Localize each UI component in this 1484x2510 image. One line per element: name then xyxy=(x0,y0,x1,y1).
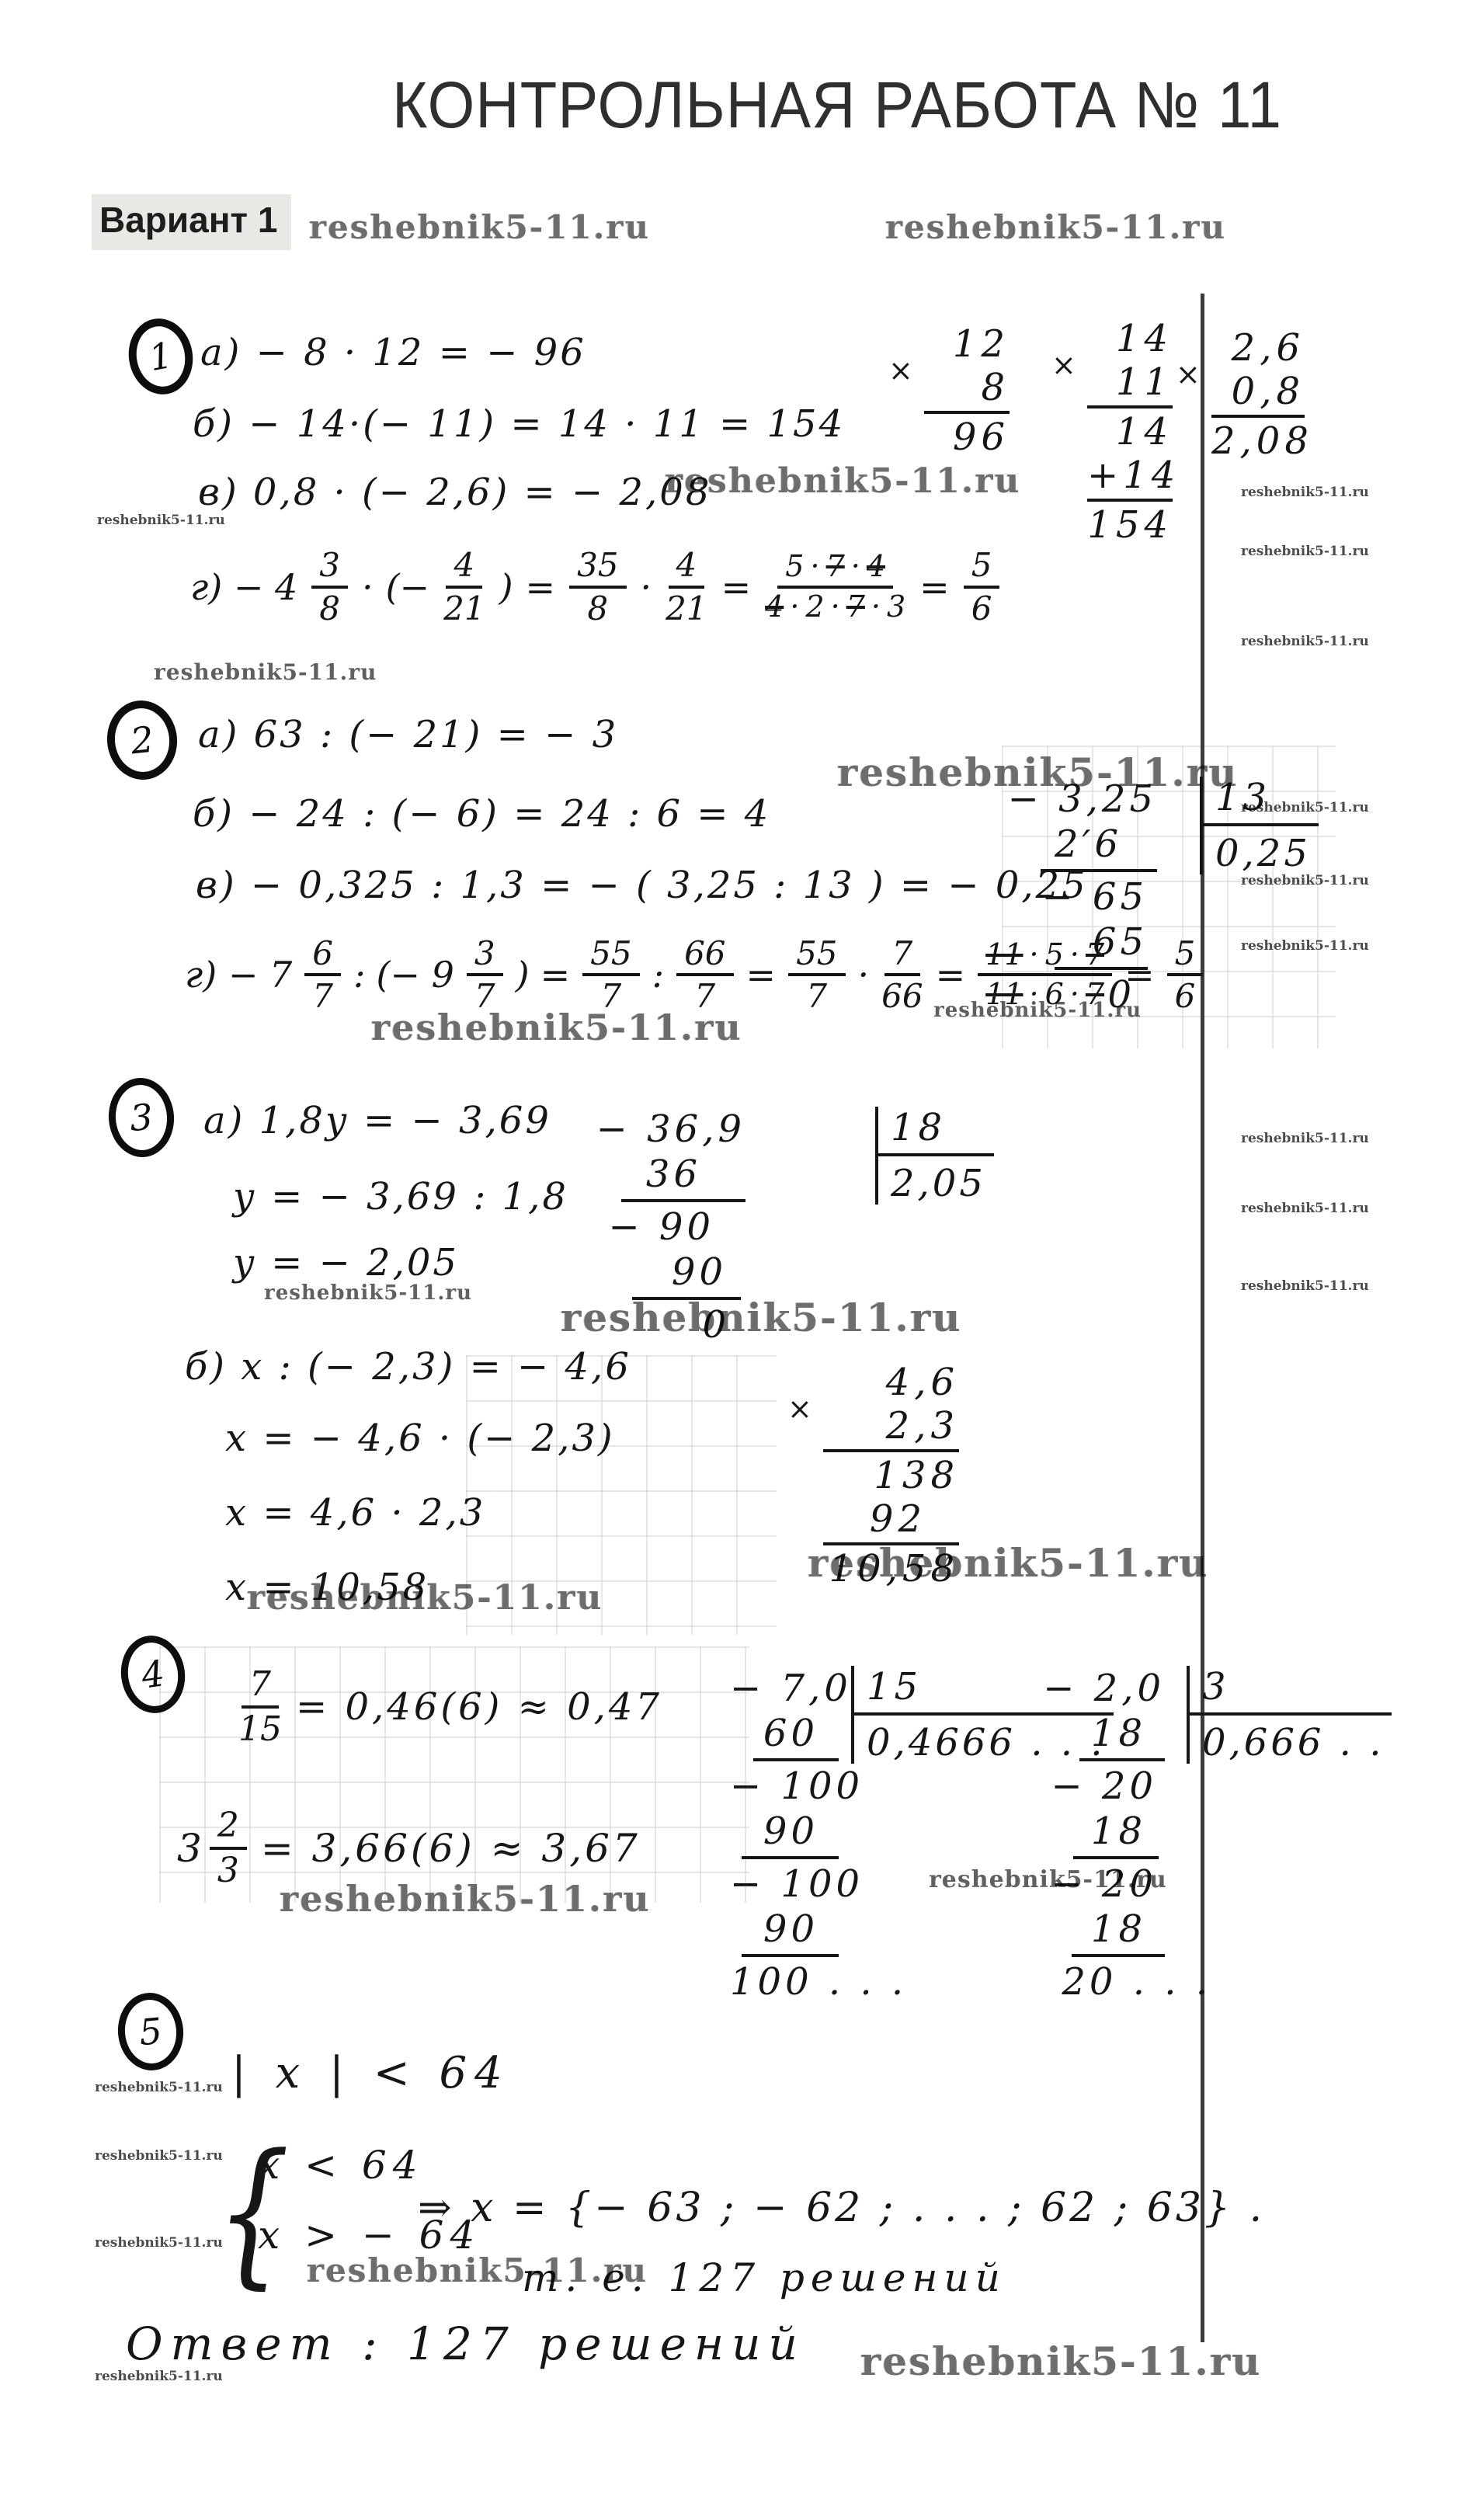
fraction-numerator: 35 xyxy=(569,548,626,588)
watermark-stamp: reshebnik5-11.ru xyxy=(309,211,650,244)
watermark-stamp: reshebnik5-11.ru xyxy=(1241,801,1369,815)
factor-row: 0,8 xyxy=(1211,370,1305,413)
partial-product: 138 xyxy=(823,1454,959,1497)
result-row: 96 xyxy=(924,415,1010,459)
watermark-stamp: reshebnik5-11.ru xyxy=(1241,486,1369,499)
watermark-stamp: reshebnik5-11.ru xyxy=(264,1283,472,1303)
answer-line: Ответ : 127 решений xyxy=(126,2317,805,2372)
fraction-denominator: 3 xyxy=(217,1850,239,1889)
watermark-stamp: reshebnik5-11.ru xyxy=(371,1010,742,1045)
fraction-numerator: 6 xyxy=(304,936,341,976)
partial-product: 92 xyxy=(823,1497,959,1541)
page-title: КОНТРОЛЬНАЯ РАБОТА № 11 xyxy=(325,67,1350,143)
watermark-stamp: reshebnik5-11.ru xyxy=(1241,940,1369,953)
close-paren: ) xyxy=(516,954,530,996)
long-division: − 2,0 18 − 20 18 − 20 18 20 . . . 3 0,66… xyxy=(1010,1666,1392,2004)
p2-line-b: б) − 24 : (− 6) = 24 : 6 = 4 xyxy=(193,792,770,837)
divisor-box: 3 0,666 . . xyxy=(1187,1666,1392,1764)
cancelled-factor: 7 xyxy=(826,551,845,582)
colon-operator: : xyxy=(652,954,665,996)
fraction: 6 7 xyxy=(304,936,341,1014)
fraction: 7 15 xyxy=(238,1666,282,1747)
p3-line-b2: х = − 4,6 · (− 2,3) xyxy=(225,1417,615,1462)
fraction-denominator: 15 xyxy=(238,1709,282,1748)
watermark-stamp: reshebnik5-11.ru xyxy=(154,662,377,683)
fraction: 35 8 xyxy=(569,548,626,626)
fraction-numerator: 5 · 7 · 4 xyxy=(777,551,893,588)
watermark-stamp: reshebnik5-11.ru xyxy=(1241,874,1369,888)
factor: 2 xyxy=(805,591,824,623)
problem-3-number: 3 xyxy=(129,1096,155,1139)
result-row: 2,08 xyxy=(1211,419,1288,463)
close-paren: ) xyxy=(499,566,513,608)
step-line xyxy=(753,1758,839,1761)
multiply-icon: × xyxy=(787,1392,812,1426)
fraction-denominator: 7 xyxy=(312,976,333,1013)
multiply-icon: × xyxy=(1176,357,1201,391)
problem-2-number: 2 xyxy=(129,718,156,763)
dot-operator: · xyxy=(790,591,799,623)
step-line xyxy=(621,1199,745,1202)
problem-3-badge: 3 xyxy=(106,1076,177,1159)
quotient: 0,25 xyxy=(1203,826,1319,874)
watermark-stamp: reshebnik5-11.ru xyxy=(885,211,1226,244)
fraction-numerator: 55 xyxy=(582,936,639,976)
dot-operator: · xyxy=(362,566,374,608)
step: 60 xyxy=(730,1711,839,1756)
fraction-numerator: 7 xyxy=(884,936,921,976)
p2-line-a: а) 63 : (− 21) = − 3 xyxy=(198,713,618,758)
quotient: 0,666 . . xyxy=(1190,1716,1392,1764)
step: − 100 xyxy=(730,1764,839,1809)
factor-row: 8 xyxy=(924,366,1010,409)
whole-number: 3 xyxy=(177,1826,202,1871)
p1-line-a: а) − 8 · 12 = − 96 xyxy=(200,331,586,376)
watermark-stamp: reshebnik5-11.ru xyxy=(1241,1132,1369,1145)
fraction: 4 21 xyxy=(443,548,485,626)
step: − 65 xyxy=(1006,874,1157,920)
step: 2′6 xyxy=(1006,822,1157,867)
dot-operator: · xyxy=(851,551,860,582)
divisor: 3 xyxy=(1190,1666,1392,1716)
fraction-numerator: 3 xyxy=(467,936,503,976)
colon-operator: : xyxy=(353,954,366,996)
step: 90 xyxy=(730,1907,839,1952)
fraction-numerator: 2 xyxy=(210,1807,247,1850)
dividend: − 7,0 xyxy=(730,1666,839,1711)
column-multiplication: × 12 8 96 xyxy=(924,322,1010,459)
p2-g-lead: г) − 7 xyxy=(185,954,292,996)
fraction-numerator: 3 xyxy=(311,548,348,588)
remainder: 20 . . . xyxy=(1010,1959,1211,2004)
fraction-denominator: 7 xyxy=(806,976,827,1013)
fraction-denominator: 4 · 2 · 7 · 3 xyxy=(765,589,905,623)
result-row: 154 xyxy=(1087,503,1173,547)
sum-line xyxy=(924,411,1010,414)
step: − 20 xyxy=(1010,1764,1165,1809)
watermark-stamp: reshebnik5-11.ru xyxy=(860,2342,1262,2381)
fraction-numerator: 7 xyxy=(242,1666,279,1709)
problem-2-badge: 2 xyxy=(103,697,181,784)
p1-line-v: в) 0,8 · (− 2,6) = − 2,08 xyxy=(198,471,711,516)
fraction-numerator: 4 xyxy=(669,548,705,588)
dot-operator: · xyxy=(831,591,840,623)
fraction: 3 7 xyxy=(467,936,503,1014)
open-paren: (− 9 xyxy=(376,954,454,996)
watermark-stamp: reshebnik5-11.ru xyxy=(95,2370,223,2383)
factor-row: 14 xyxy=(1087,317,1173,360)
fraction-numerator: 55 xyxy=(788,936,845,976)
p3-line-a1: а) 1,8у = − 3,69 xyxy=(203,1099,551,1144)
watermark-stamp: reshebnik5-11.ru xyxy=(97,514,225,527)
cancelled-factor: 4 xyxy=(867,551,885,582)
watermark-stamp: reshebnik5-11.ru xyxy=(1241,545,1369,558)
p5-conclusion: ⇒ х = {− 63 ; − 62 ; . . . ; 62 ; 63} . xyxy=(418,2184,1265,2232)
step: 18 xyxy=(1010,1809,1165,1854)
cancel-fraction: 5 · 7 · 4 4 · 2 · 7 · 3 xyxy=(765,551,905,622)
fraction-denominator: 21 xyxy=(443,589,485,626)
watermark-stamp: reshebnik5-11.ru xyxy=(1241,1280,1369,1293)
p5-system-row-1: х < 64 xyxy=(258,2142,424,2188)
equals-sign: = xyxy=(919,566,950,608)
equals-sign: = xyxy=(721,566,752,608)
divisor-box: 18 2,05 xyxy=(875,1107,994,1205)
division-steps: − 3,25 2′6 − 65 65 0 xyxy=(1006,777,1166,1017)
fraction: 2 3 xyxy=(210,1807,247,1889)
watermark-stamp: reshebnik5-11.ru xyxy=(307,2254,648,2287)
division-steps: − 2,0 18 − 20 18 − 20 18 20 . . . xyxy=(1010,1666,1174,2004)
p1-g-lead: г) − 4 xyxy=(190,566,297,608)
factor-row: 2,6 xyxy=(1211,326,1305,370)
fraction-numerator: 4 xyxy=(446,548,482,588)
watermark-stamp: reshebnik5-11.ru xyxy=(837,753,1239,792)
partial-product: +14 xyxy=(1087,454,1173,497)
fraction: 7 66 xyxy=(881,936,923,1014)
fraction-denominator: 8 xyxy=(587,589,608,626)
fraction-denominator: 6 xyxy=(971,589,992,626)
step: 90 xyxy=(575,1250,745,1295)
fraction: 66 7 xyxy=(676,936,733,1014)
sum-line xyxy=(1087,405,1173,408)
step-line xyxy=(742,1954,839,1957)
p3-line-a2: у = − 3,69 : 1,8 xyxy=(233,1175,568,1220)
sum-line xyxy=(1087,499,1173,502)
multiply-icon: × xyxy=(1051,348,1076,382)
factor: 3 xyxy=(887,591,905,623)
p1-line-g: г) − 4 3 8 · (− 4 21 ) = 35 8 · 4 21 = 5… xyxy=(190,534,1001,639)
step: 36 xyxy=(575,1152,745,1197)
worksheet-page: КОНТРОЛЬНАЯ РАБОТА № 11 Вариант 1 resheb… xyxy=(0,0,1484,2510)
watermark-stamp: reshebnik5-11.ru xyxy=(929,1869,1167,1892)
sum-line xyxy=(823,1449,959,1452)
fraction: 3 8 xyxy=(311,548,348,626)
problem-5-number: 5 xyxy=(137,2010,164,2053)
fraction-denominator: 8 xyxy=(319,589,340,626)
division-steps: − 7,0 60 − 100 90 − 100 90 100 . . . xyxy=(730,1666,846,2004)
multiply-icon: × xyxy=(888,353,913,388)
remainder: 100 . . . xyxy=(730,1959,905,2004)
watermark-stamp: reshebnik5-11.ru xyxy=(95,2237,223,2250)
step: 65 xyxy=(1006,920,1157,965)
open-paren: (− xyxy=(386,566,430,608)
fraction: 5 6 xyxy=(964,548,1000,626)
factor-row: 12 xyxy=(924,322,1010,366)
step-line xyxy=(1079,1758,1165,1761)
problem-4-number: 4 xyxy=(139,1652,168,1697)
dividend: − 36,9 xyxy=(575,1107,745,1152)
watermark-stamp: reshebnik5-11.ru xyxy=(280,1881,651,1917)
partial-product: 14 xyxy=(1087,410,1173,454)
watermark-stamp: reshebnik5-11.ru xyxy=(95,2081,223,2095)
column-multiplication: × 2,6 0,8 2,08 xyxy=(1211,326,1305,463)
fraction: 55 7 xyxy=(788,936,845,1014)
factor-row: 4,6 xyxy=(823,1361,959,1404)
problem-1-badge: 1 xyxy=(123,314,199,400)
step: 18 xyxy=(1010,1907,1165,1952)
p1-line-b: б) − 14·(− 11) = 14 · 11 = 154 xyxy=(193,402,845,447)
factor: 5 xyxy=(785,551,804,582)
dot-operator: · xyxy=(810,551,819,582)
factor-row: 11 xyxy=(1087,360,1173,404)
step-line xyxy=(1073,1856,1159,1859)
margin-rule xyxy=(1201,294,1204,2342)
p4-line-2-rest: = 3,66(6) ≈ 3,67 xyxy=(261,1826,641,1871)
cancelled-factor: 4 xyxy=(765,591,784,623)
problem-1-number: 1 xyxy=(146,334,176,379)
p4-line-1: 7 15 = 0,46(6) ≈ 0,47 xyxy=(237,1658,662,1755)
watermark-stamp: reshebnik5-11.ru xyxy=(808,1544,1209,1583)
fraction-numerator: 5 xyxy=(964,548,1000,588)
watermark-stamp: reshebnik5-11.ru xyxy=(1241,635,1369,648)
equals-sign: = xyxy=(526,566,556,608)
equals-sign: = xyxy=(540,954,571,996)
fraction: 55 7 xyxy=(582,936,639,1014)
step-line xyxy=(1041,869,1157,872)
step: − 100 xyxy=(730,1862,839,1907)
p3-line-b1: б) х : (− 2,3) = − 4,6 xyxy=(185,1345,631,1390)
fraction-denominator: 21 xyxy=(666,589,707,626)
step: 18 xyxy=(1010,1711,1165,1756)
step: − 90 xyxy=(575,1205,745,1250)
watermark-stamp: reshebnik5-11.ru xyxy=(95,2150,223,2163)
equals-sign: = xyxy=(936,954,966,996)
step-line xyxy=(742,1856,839,1859)
step-line xyxy=(1072,1954,1165,1957)
dot-operator: · xyxy=(641,566,652,608)
p4-line-1-rest: = 0,46(6) ≈ 0,47 xyxy=(296,1685,662,1729)
watermark-stamp: reshebnik5-11.ru xyxy=(561,1298,962,1337)
dividend: − 2,0 xyxy=(1010,1666,1165,1711)
divisor: 18 xyxy=(878,1107,994,1156)
watermark-stamp: reshebnik5-11.ru xyxy=(1241,1202,1369,1215)
p3-line-a3: у = − 2,05 xyxy=(233,1241,459,1286)
variant-label: Вариант 1 xyxy=(92,194,291,250)
watermark-stamp: reshebnik5-11.ru xyxy=(247,1581,603,1615)
watermark-stamp: reshebnik5-11.ru xyxy=(665,464,1021,499)
equals-sign: = xyxy=(746,954,777,996)
fraction: 4 21 xyxy=(666,548,707,626)
fraction-numerator: 66 xyxy=(676,936,733,976)
p3-line-b3: х = 4,6 · 2,3 xyxy=(225,1491,485,1536)
problem-5-badge: 5 xyxy=(115,1990,186,2074)
watermark-stamp: reshebnik5-11.ru xyxy=(933,1000,1142,1020)
quotient: 2,05 xyxy=(878,1156,994,1205)
sum-line xyxy=(1211,415,1305,418)
step: 90 xyxy=(730,1809,839,1854)
column-multiplication: × 14 11 14 +14 154 xyxy=(1087,317,1173,547)
step-line xyxy=(1055,967,1148,970)
dot-operator: · xyxy=(871,591,881,623)
p5-line-1: | х | < 64 xyxy=(231,2047,510,2099)
p2-line-v: в) − 0,325 : 1,3 = − ( 3,25 : 13 ) = − 0… xyxy=(196,864,1088,909)
fraction-denominator: 66 xyxy=(881,976,923,1013)
factor-row: 2,3 xyxy=(823,1404,959,1448)
dot-operator: · xyxy=(858,954,870,996)
cancelled-factor: 7 xyxy=(846,591,865,623)
